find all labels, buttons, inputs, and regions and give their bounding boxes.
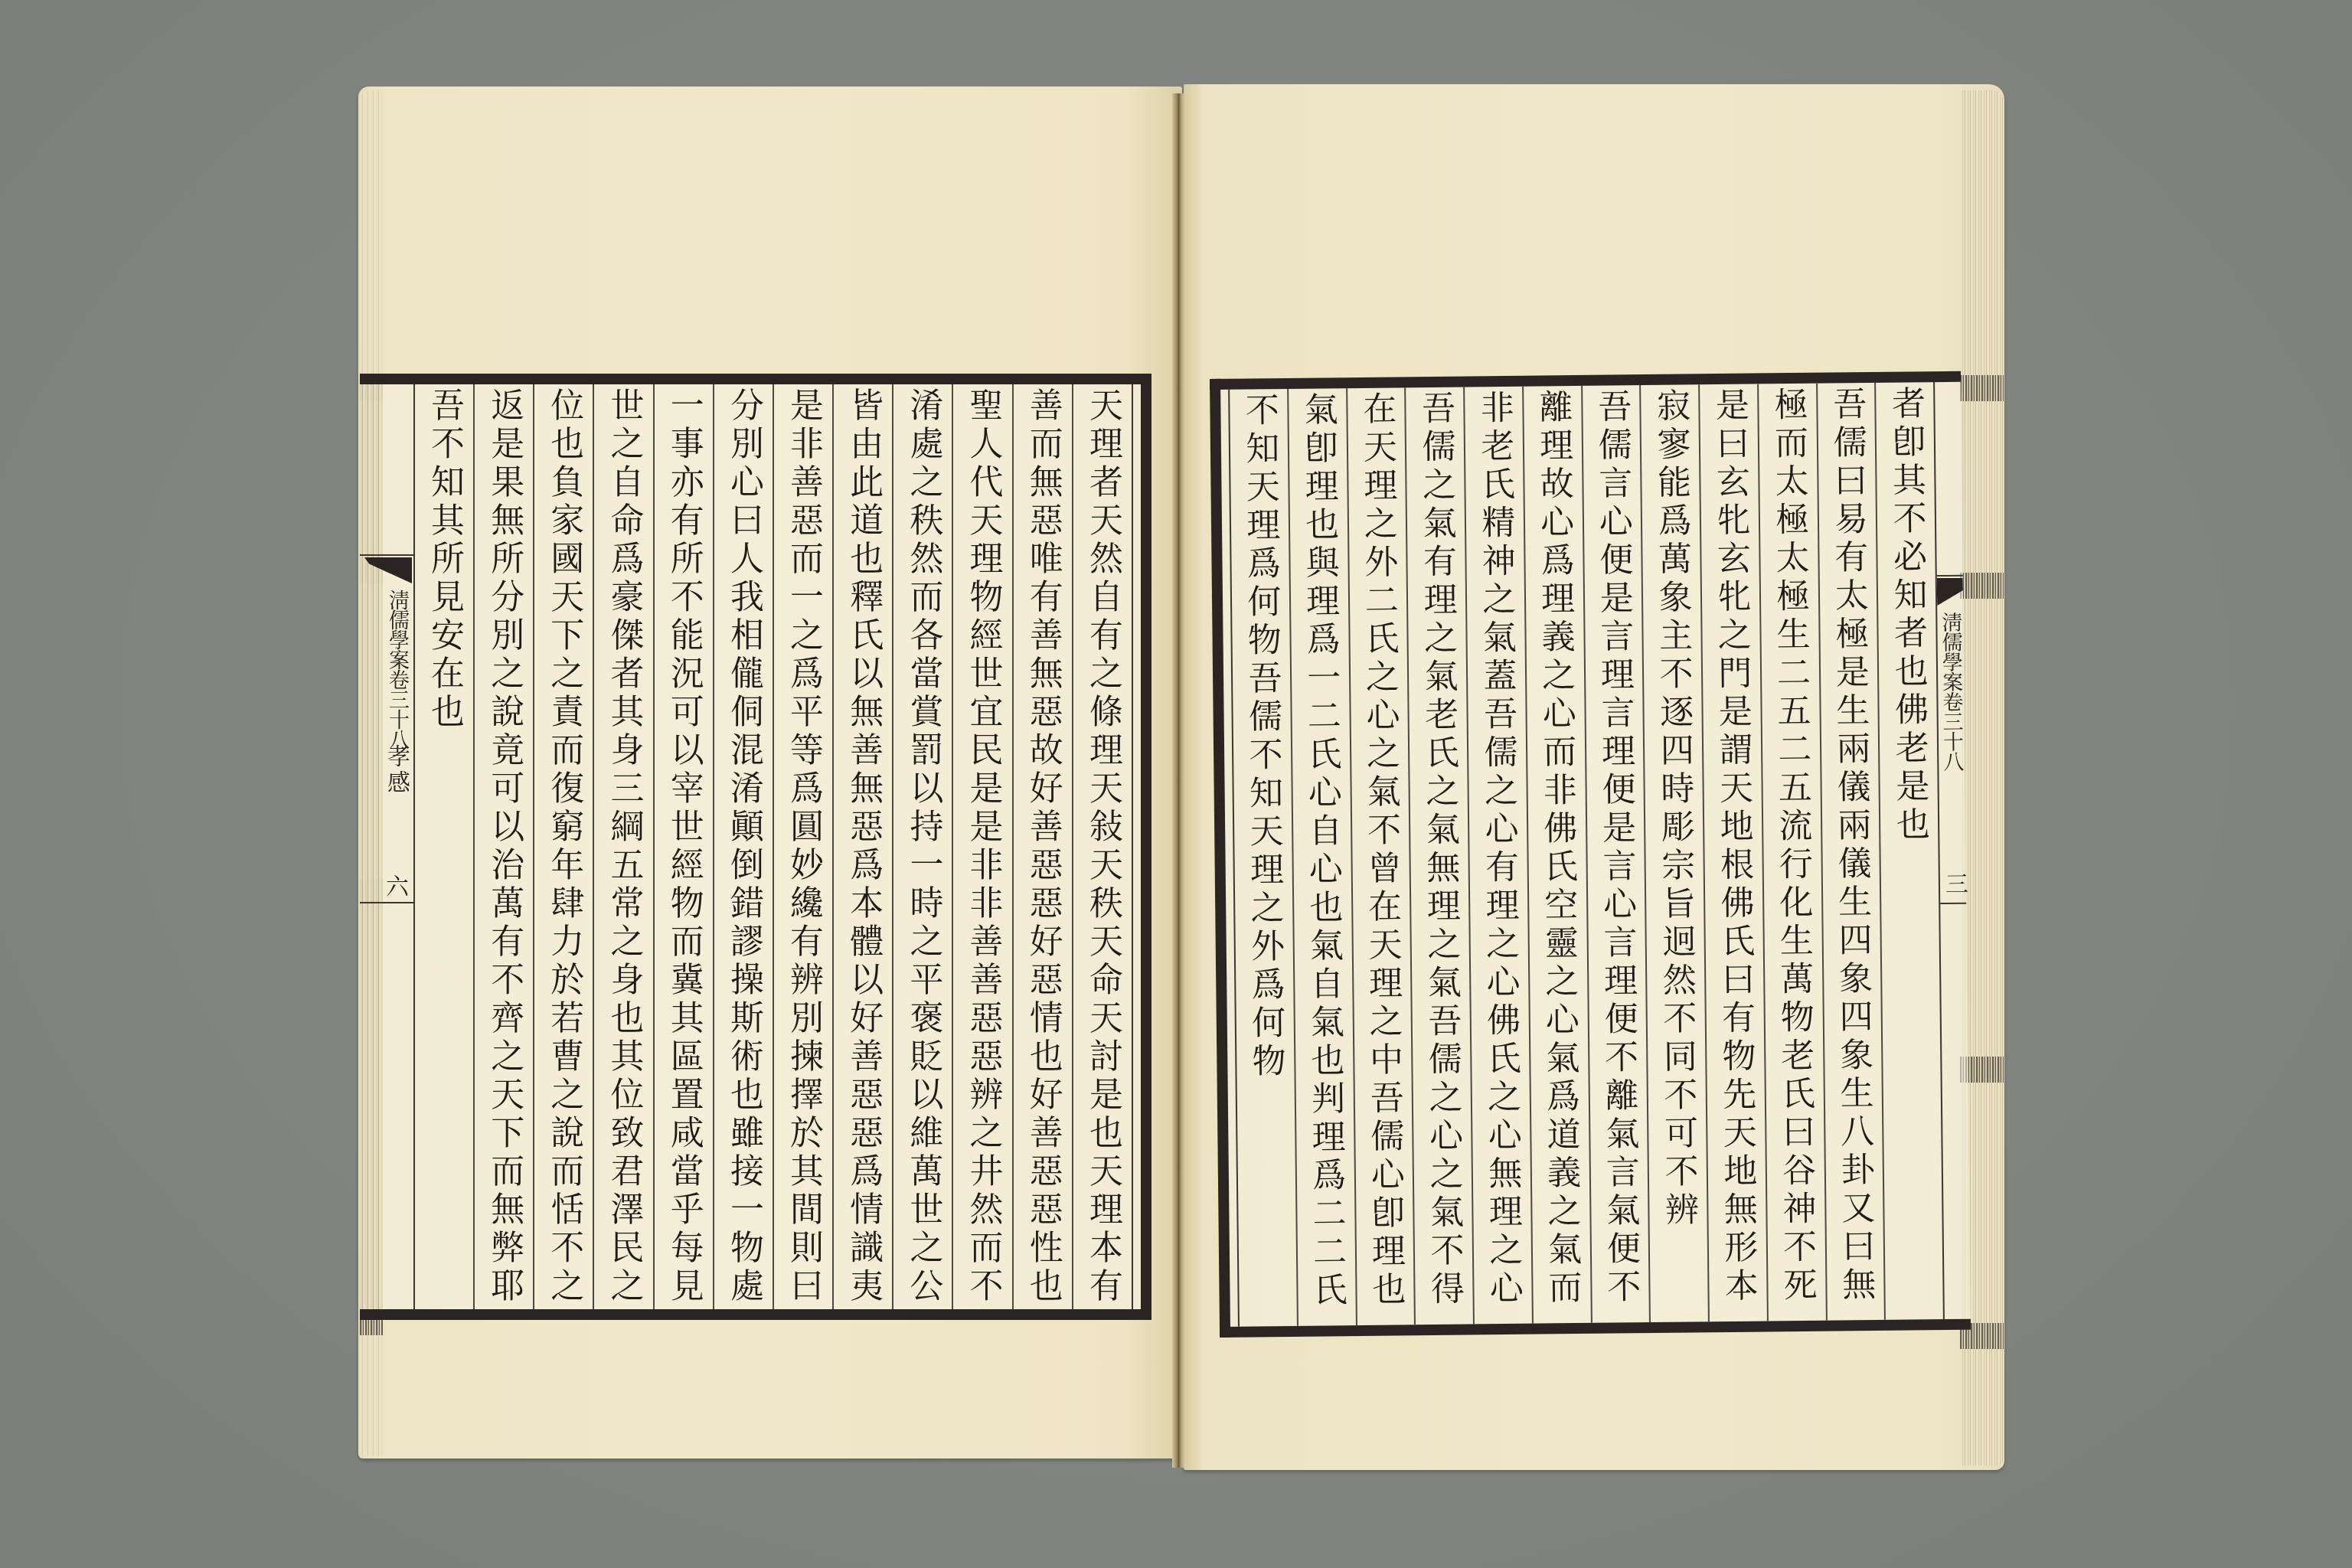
column-text: 氣卽理也與理爲一二氏心自心也氣自氣也判理爲二二氏 — [1300, 391, 1344, 1310]
column-text: 位也負家國天下之責而復窮年肆力於若曹之說而恬不之 — [547, 387, 580, 1306]
column-text: 不知天理爲何物吾儒不知天理之外爲何物 — [1242, 392, 1282, 1081]
column-text: 天理者天然自有之條理天敍天秩天命天討是也天理本有 — [1086, 387, 1119, 1306]
text-column: 位也負家國天下之責而復窮年肆力於若曹之說而恬不之 — [533, 384, 593, 1309]
edge-mark — [1960, 375, 2004, 401]
text-column: 是非善惡而一之爲平等爲圓妙纔有辨別揀擇於其間則曰 — [773, 384, 832, 1309]
banxin-rule — [1940, 903, 1966, 904]
column-text: 是曰玄牝玄牝之門是謂天地根佛氏曰有物先天地無形本 — [1712, 387, 1756, 1306]
edge-mark — [1960, 573, 2004, 599]
left-page-frame: 淸儒學案卷三十八 孝感 六 天理者天然自有之條理天敍天秩天命天討是也天理本有 善… — [360, 374, 1151, 1320]
text-column: 吾儒之氣有理之氣老氏之氣無理之氣吾儒之心之氣不得 — [1404, 387, 1473, 1325]
column-text: 分別心曰人我相儱侗混淆顚倒錯謬操斯術也雖接一物處 — [727, 387, 760, 1306]
column-text: 離理故心爲理義之心而非佛氏空靈之心氣爲道義之氣而 — [1535, 389, 1579, 1308]
column-text: 非老氏精神之氣蓋吾儒之心有理之心佛氏之心無理之心 — [1477, 390, 1521, 1308]
column-text: 極而太極太極生二五二五流行化生萬物老氏曰谷神不死 — [1770, 387, 1814, 1305]
banxin-rule — [360, 902, 413, 903]
banxin-rule — [360, 554, 413, 556]
column-text: 是非善惡而一之爲平等爲圓妙纔有辨別揀擇於其間則曰 — [786, 387, 820, 1306]
text-column: 返是果無所分別之說竟可以治萬有不齊之天下而無弊耶 — [473, 384, 533, 1309]
text-column: 不知天理爲何物吾儒不知天理之外爲何物 — [1230, 389, 1297, 1327]
text-column: 離理故心爲理義之心而非佛氏空靈之心氣爲道義之氣而 — [1522, 386, 1591, 1324]
book-gutter — [1172, 93, 1185, 1468]
column-text: 一事亦有所不能況可以宰世經物而冀其區置咸當乎每見 — [667, 387, 701, 1306]
text-column: 非老氏精神之氣蓋吾儒之心有理之心佛氏之心無理之心 — [1463, 387, 1532, 1325]
banxin-section-name: 孝感 — [384, 744, 407, 796]
text-column: 在天理之外二氏之心之氣不曾在天理之中吾儒心卽理也 — [1346, 387, 1415, 1325]
page-edge-stripes — [360, 384, 383, 1309]
text-column: 天理者天然自有之條理天敍天秩天命天討是也天理本有 — [1072, 384, 1132, 1309]
text-column: 世之自命爲豪傑者其身三綱五常之身也其位致君澤民之 — [593, 384, 652, 1309]
text-column: 皆由此道也釋氏以無善無惡爲本體以好善惡惡爲情識夷 — [832, 384, 892, 1309]
right-page-frame: 者卽其不必知者也佛老是也 吾儒曰易有太極是生兩儀兩儀生四象四象生八卦又曰無 極而… — [1210, 371, 1971, 1338]
fish-tail-icon — [1937, 578, 1963, 606]
column-text: 在天理之外二氏之心之氣不曾在天理之中吾儒心卽理也 — [1359, 390, 1403, 1309]
right-text-block: 者卽其不必知者也佛老是也 吾儒曰易有太極是生兩儀兩儀生四象四象生八卦又曰無 極而… — [1228, 382, 1945, 1327]
column-text: 淆處之秩然而各當賞罰以持一時之平褒貶以維萬世之公 — [906, 387, 939, 1306]
column-text: 善而無惡唯有善無惡故好善惡惡好惡情也好善惡惡性也 — [1026, 387, 1060, 1306]
column-text: 世之自命爲豪傑者其身三綱五常之身也其位致君澤民之 — [607, 387, 641, 1306]
text-column: 善而無惡唯有善無惡故好善惡惡好惡情也好善惡惡性也 — [1012, 384, 1072, 1309]
column-text: 返是果無所分別之說竟可以治萬有不齊之天下而無弊耶 — [487, 387, 521, 1306]
column-text: 吾不知其所見安在也 — [427, 387, 461, 732]
banxin-book-title: 淸儒學案卷三十八 — [1939, 612, 1962, 771]
column-text: 吾儒之氣有理之氣老氏之氣無理之氣吾儒之心之氣不得 — [1418, 390, 1462, 1309]
text-column: 者卽其不必知者也佛老是也 — [1874, 382, 1943, 1320]
text-column: 吾儒言心便是言理言理便是言心言理便不離氣言氣便不 — [1581, 385, 1650, 1323]
text-column: 氣卽理也與理爲一二氏心自心也氣自氣也判理爲二二氏 — [1287, 388, 1356, 1326]
text-column: 淆處之秩然而各當賞罰以持一時之平褒貶以維萬世之公 — [892, 384, 952, 1309]
text-column: 分別心曰人我相儱侗混淆顚倒錯謬操斯術也雖接一物處 — [713, 384, 773, 1309]
column-text: 皆由此道也釋氏以無善無惡爲本體以好善惡惡爲情識夷 — [846, 387, 880, 1306]
column-text: 者卽其不必知者也佛老是也 — [1888, 385, 1926, 844]
text-column: 聖人代天理物經世宜民是是非非善善惡惡辨之井然而不 — [952, 384, 1011, 1309]
page-number: 六 — [383, 874, 406, 897]
column-text: 吾儒曰易有太極是生兩儀兩儀生四象四象生八卦又曰無 — [1829, 386, 1873, 1305]
text-column: 吾儒曰易有太極是生兩儀兩儀生四象四象生八卦又曰無 — [1816, 383, 1885, 1321]
left-banxin-margin: 淸儒學案卷三十八 孝感 六 — [360, 384, 413, 1309]
banxin-book-title: 淸儒學案卷三十八 — [387, 590, 407, 749]
left-text-block: 天理者天然自有之條理天敍天秩天命天討是也天理本有 善而無惡唯有善無惡故好善惡惡好… — [413, 384, 1133, 1309]
text-column: 寂寥能爲萬象主不逐四時彫宗旨迥然不同不可不辨 — [1639, 384, 1708, 1322]
text-column: 極而太極太極生二五二五流行化生萬物老氏曰谷神不死 — [1757, 384, 1826, 1321]
column-text: 聖人代天理物經世宜民是是非非善善惡惡辨之井然而不 — [966, 387, 1000, 1306]
text-column: 吾不知其所見安在也 — [415, 384, 473, 1309]
column-text: 寂寥能爲萬象主不逐四時彫宗旨迥然不同不可不辨 — [1653, 387, 1696, 1230]
column-text: 吾儒言心便是言理言理便是言心言理便不離氣言氣便不 — [1594, 388, 1638, 1307]
banxin-rule — [1937, 575, 1963, 577]
text-column: 是曰玄牝玄牝之門是謂天地根佛氏曰有物先天地無形本 — [1698, 384, 1767, 1322]
page-number: 三 — [1942, 872, 1965, 895]
text-column: 一事亦有所不能況可以宰世經物而冀其區置咸當乎每見 — [653, 384, 713, 1309]
